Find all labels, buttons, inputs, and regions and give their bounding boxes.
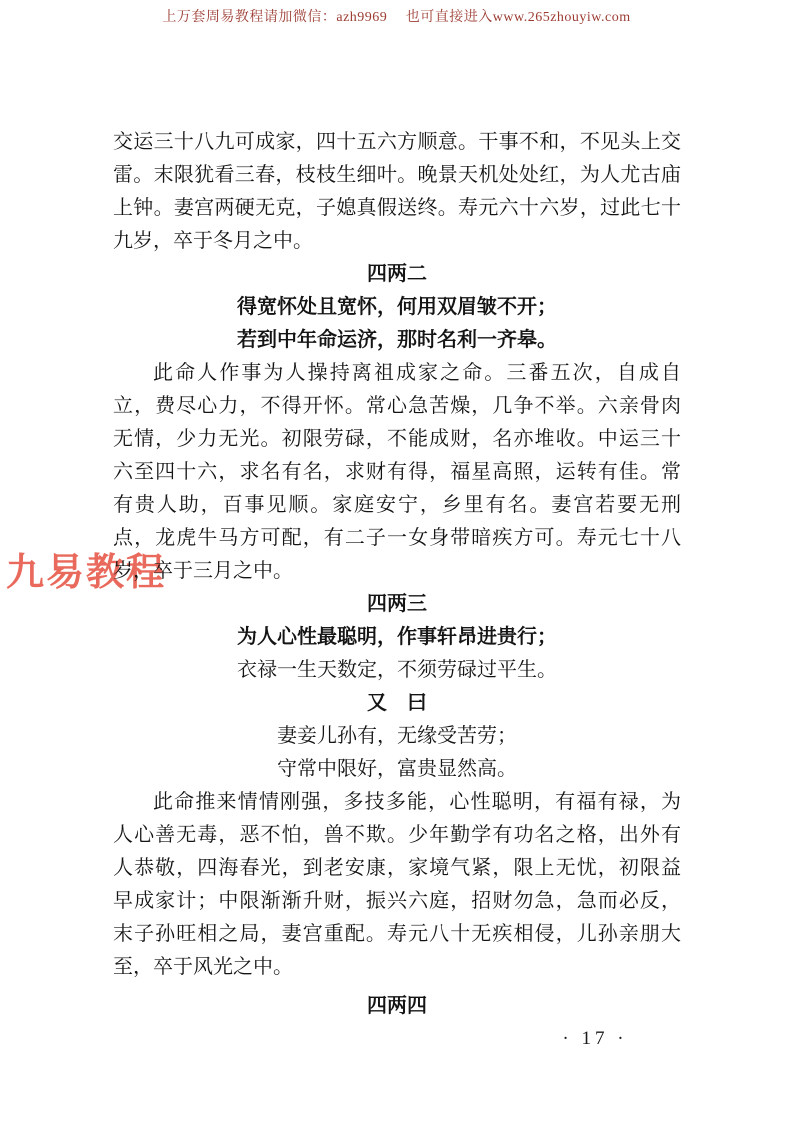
text-line: 人恭敬，四海春光，到老安康，家境气紧，限上无忧，初限益 <box>113 852 681 885</box>
header-ad-banner: 上万套周易教程请加微信：azh9969 也可直接进入www.265zhouyiw… <box>0 6 793 26</box>
text-line: 末子孙旺相之局，妻宫重配。寿元八十无疾相侵，儿孙亲朋大 <box>113 918 681 951</box>
text-line: 此命推来情情刚强，多技多能，心性聪明，有福有禄，为 <box>113 786 681 819</box>
text-line: 点，龙虎牛马方可配，有二子一女身带暗疾方可。寿元七十八 <box>113 522 681 555</box>
text-line: 至，卒于风光之中。 <box>113 951 681 984</box>
text-line: 人心善无毒，恶不怕，兽不欺。少年勤学有功名之格，出外有 <box>113 819 681 852</box>
text-line: 雷。末限犹看三春，枝枝生细叶。晚景天机处处红，为人尤古庙 <box>113 159 681 192</box>
verse-line: 为人心性最聪明，作事轩昂进贵行； <box>113 621 681 654</box>
text-line: 有贵人助，百事见顺。家庭安宁，乡里有名。妻宫若要无刑 <box>113 489 681 522</box>
text-line: 立，费尽心力，不得开怀。常心急苦燥，几争不举。六亲骨肉 <box>113 390 681 423</box>
verse-line: 守常中限好，富贵显然高。 <box>113 753 681 786</box>
verse-line: 衣禄一生天数定，不须劳碌过平生。 <box>113 654 681 687</box>
text-line: 无情，少力无光。初限劳碌，不能成财，名亦堆收。中运三十 <box>113 423 681 456</box>
section-heading: 又 曰 <box>113 687 681 720</box>
section-heading: 四两二 <box>113 258 681 291</box>
text-line: 此命人作事为人操持离祖成家之命。三番五次，自成自 <box>113 357 681 390</box>
text-line: 上钟。妻宫两硬无克，子媳真假送终。寿元六十六岁，过此七十 <box>113 192 681 225</box>
text-line: 早成家计；中限渐渐升财，振兴六庭，招财勿急，急而必反， <box>113 885 681 918</box>
document-page: 上万套周易教程请加微信：azh9969 也可直接进入www.265zhouyiw… <box>0 0 793 1123</box>
verse-line: 若到中年命运济，那时名利一齐皋。 <box>113 324 681 357</box>
text-line: 六至四十六，求名有名，求财有得，福星高照，运转有佳。常 <box>113 456 681 489</box>
text-line: 交运三十八九可成家，四十五六方顺意。干事不和，不见头上交 <box>113 126 681 159</box>
page-number: · 17 · <box>540 1028 650 1050</box>
section-heading: 四两三 <box>113 588 681 621</box>
text-line: 岁，卒于三月之中。 <box>113 555 681 588</box>
document-body: 交运三十八九可成家，四十五六方顺意。干事不和，不见头上交 雷。末限犹看三春，枝枝… <box>113 126 681 1023</box>
verse-line: 得宽怀处且宽怀，何用双眉皱不开； <box>113 291 681 324</box>
verse-line: 妻妾儿孙有，无缘受苦劳； <box>113 720 681 753</box>
section-heading: 四两四 <box>113 990 681 1023</box>
text-line: 九岁，卒于冬月之中。 <box>113 225 681 258</box>
